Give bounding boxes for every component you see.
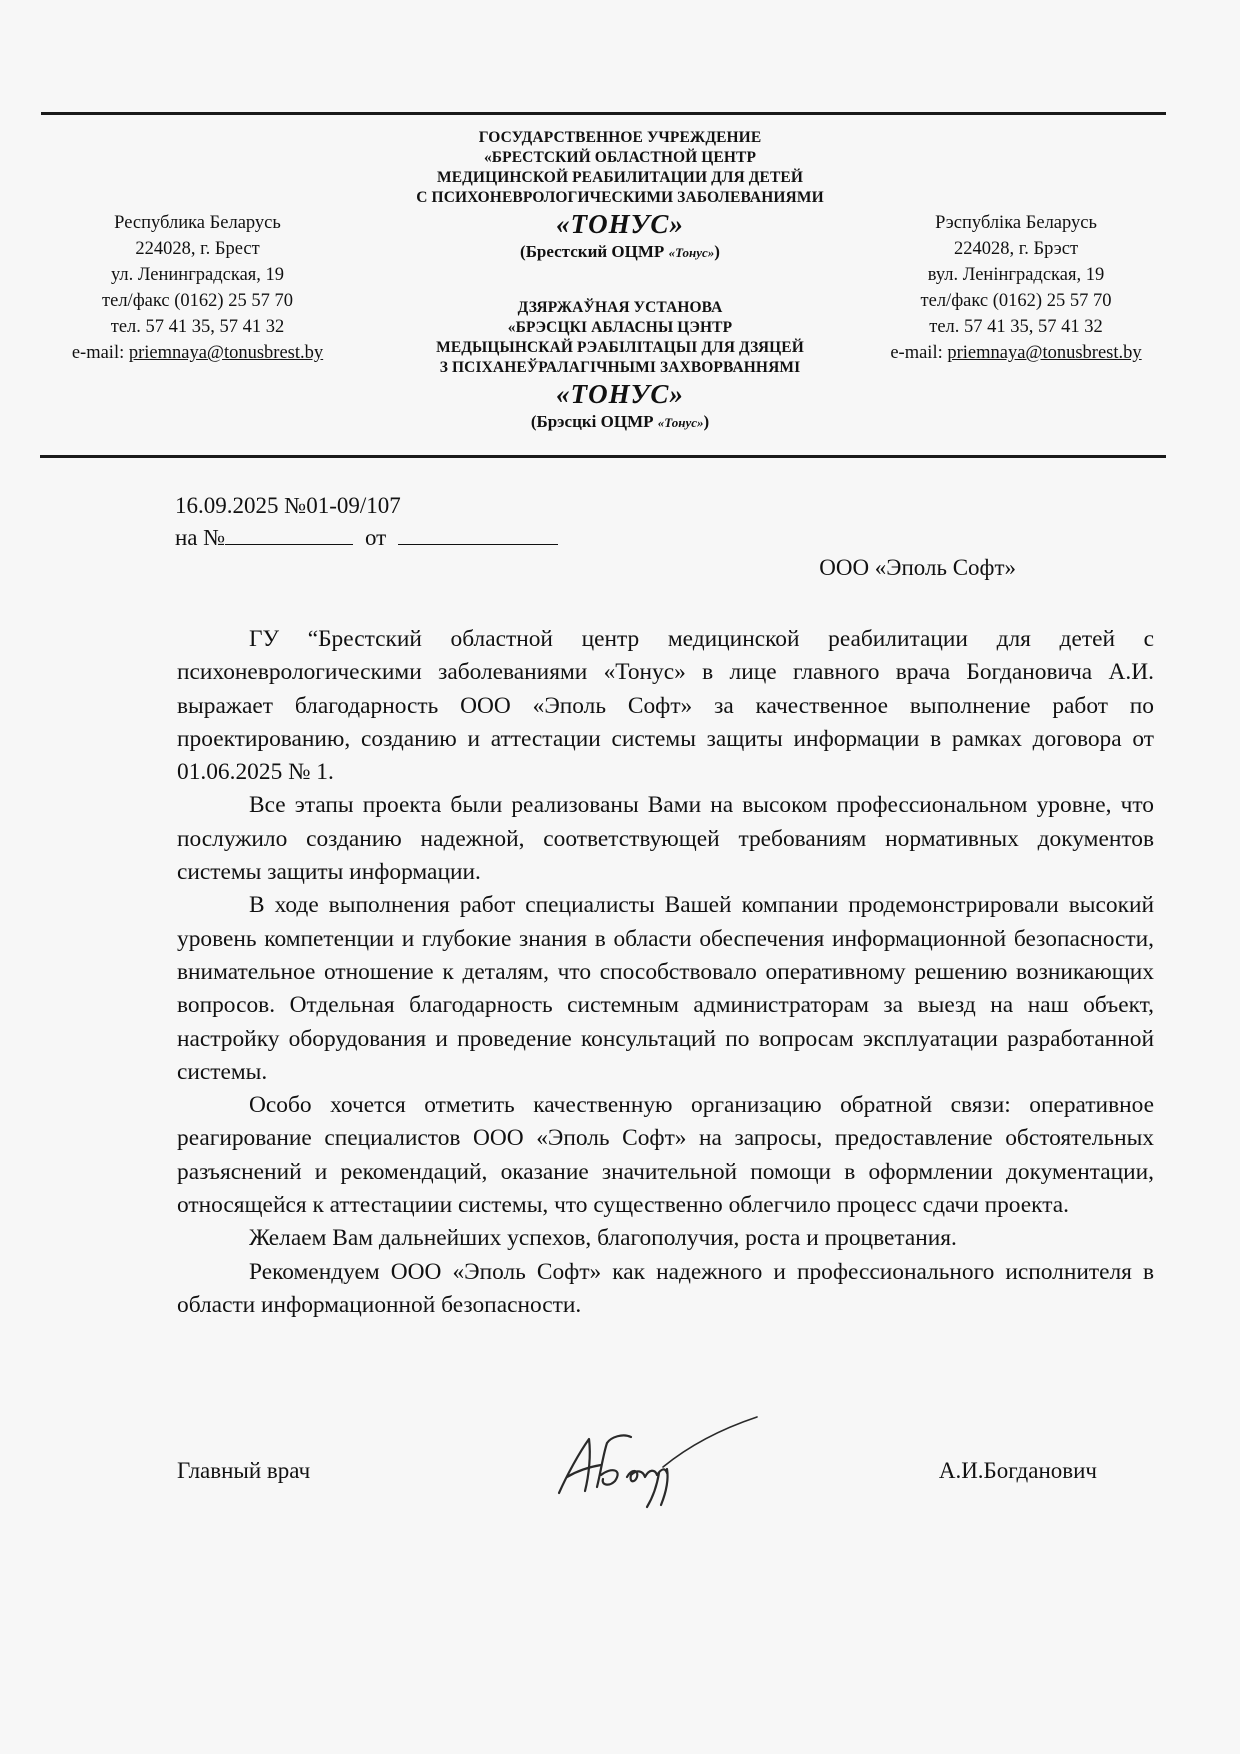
letter-body: ГУ “Брестский областной центр медицинско… xyxy=(177,623,1154,1322)
letterhead-bottom-rule xyxy=(40,455,1166,458)
email-link[interactable]: priemnaya@tonusbrest.by xyxy=(947,343,1141,363)
address-city: 224028, г. Брэст xyxy=(866,236,1166,262)
address-phone-fax: тел/факс (0162) 25 57 70 xyxy=(866,288,1166,314)
abbr-suffix: ) xyxy=(714,242,720,261)
org-name-line: МЕДИЦИНСКОЙ РЕАБИЛИТАЦИИ ДЛЯ ДЕТЕЙ xyxy=(370,168,870,188)
outgoing-reference: 16.09.2025 №01-09/107 на № от xyxy=(175,490,558,554)
reply-reference-line: на № от xyxy=(175,522,558,554)
abbr-prefix: (Брестский ОЦМР xyxy=(520,242,669,261)
address-street: вул. Ленінградская, 19 xyxy=(866,262,1166,288)
brand-logo-text: «ТОНУС» xyxy=(370,208,870,240)
letterhead-org-belarusian: ДЗЯРЖАЎНАЯ УСТАНОВА «БРЭСЦКІ АБЛАСНЫ ЦЭН… xyxy=(370,298,870,435)
address-phone-fax: тел/факс (0162) 25 57 70 xyxy=(40,288,355,314)
org-name-line: ДЗЯРЖАЎНАЯ УСТАНОВА xyxy=(370,298,870,318)
reply-number-blank xyxy=(225,522,353,545)
signatory-title: Главный врач xyxy=(177,1458,310,1484)
signatory-name: А.И.Богданович xyxy=(939,1458,1097,1484)
address-email-line: e-mail: priemnaya@tonusbrest.by xyxy=(40,340,355,366)
body-paragraph: Желаем Вам дальнейших успехов, благополу… xyxy=(177,1222,1154,1255)
address-country: Республика Беларусь xyxy=(40,210,355,236)
abbr-brand: «Тонус» xyxy=(669,245,715,260)
org-name-line: С ПСИХОНЕВРОЛОГИЧЕСКИМИ ЗАБОЛЕВАНИЯМИ xyxy=(370,188,870,208)
reply-to-label: на № xyxy=(175,525,225,550)
letterhead-address-left: Республика Беларусь 224028, г. Брест ул.… xyxy=(40,210,355,366)
body-paragraph: В ходе выполнения работ специалисты Ваше… xyxy=(177,889,1154,1089)
abbr-prefix: (Брэсцкі ОЦМР xyxy=(531,412,658,431)
abbr-brand: «Тонус» xyxy=(658,415,704,430)
brand-logo-text: «ТОНУС» xyxy=(370,378,870,410)
org-name-line: «БРЭСЦКІ АБЛАСНЫ ЦЭНТР xyxy=(370,318,870,338)
address-country: Рэспубліка Беларусь xyxy=(866,210,1166,236)
email-label: e-mail: xyxy=(72,343,129,363)
org-abbreviation: (Брэсцкі ОЦМР «Тонус») xyxy=(370,410,870,435)
reply-from-label: от xyxy=(365,525,386,550)
email-link[interactable]: priemnaya@tonusbrest.by xyxy=(129,343,323,363)
address-email-line: e-mail: priemnaya@tonusbrest.by xyxy=(866,340,1166,366)
body-paragraph: Особо хочется отметить качественную орга… xyxy=(177,1089,1154,1222)
letterhead-org-russian: ГОСУДАРСТВЕННОЕ УЧРЕЖДЕНИЕ «БРЕСТСКИЙ ОБ… xyxy=(370,128,870,265)
body-paragraph: Все этапы проекта были реализованы Вами … xyxy=(177,789,1154,889)
abbr-suffix: ) xyxy=(704,412,710,431)
letterhead-top-rule xyxy=(41,112,1166,115)
org-abbreviation: (Брестский ОЦМР «Тонус») xyxy=(370,240,870,265)
org-name-line: З ПСІХАНЕЎРАЛАГІЧНЫМІ ЗАХВОРВАННЯМІ xyxy=(370,358,870,378)
date-number: 16.09.2025 №01-09/107 xyxy=(175,490,558,522)
handwritten-signature-icon xyxy=(545,1405,765,1515)
org-name-line: «БРЕСТСКИЙ ОБЛАСТНОЙ ЦЕНТР xyxy=(370,148,870,168)
address-phones: тел. 57 41 35, 57 41 32 xyxy=(40,314,355,340)
body-paragraph: Рекомендуем ООО «Эполь Софт» как надежно… xyxy=(177,1256,1154,1323)
address-phones: тел. 57 41 35, 57 41 32 xyxy=(866,314,1166,340)
letterhead-address-right: Рэспубліка Беларусь 224028, г. Брэст вул… xyxy=(866,210,1166,366)
email-label: e-mail: xyxy=(890,343,947,363)
addressee: ООО «Эполь Софт» xyxy=(819,555,1016,581)
address-street: ул. Ленинградская, 19 xyxy=(40,262,355,288)
reply-date-blank xyxy=(398,522,558,545)
org-name-line: МЕДЫЦЫНСКАЙ РЭАБІЛІТАЦЫІ ДЛЯ ДЗЯЦЕЙ xyxy=(370,338,870,358)
org-name-line: ГОСУДАРСТВЕННОЕ УЧРЕЖДЕНИЕ xyxy=(370,128,870,148)
body-paragraph: ГУ “Брестский областной центр медицинско… xyxy=(177,623,1154,789)
address-city: 224028, г. Брест xyxy=(40,236,355,262)
